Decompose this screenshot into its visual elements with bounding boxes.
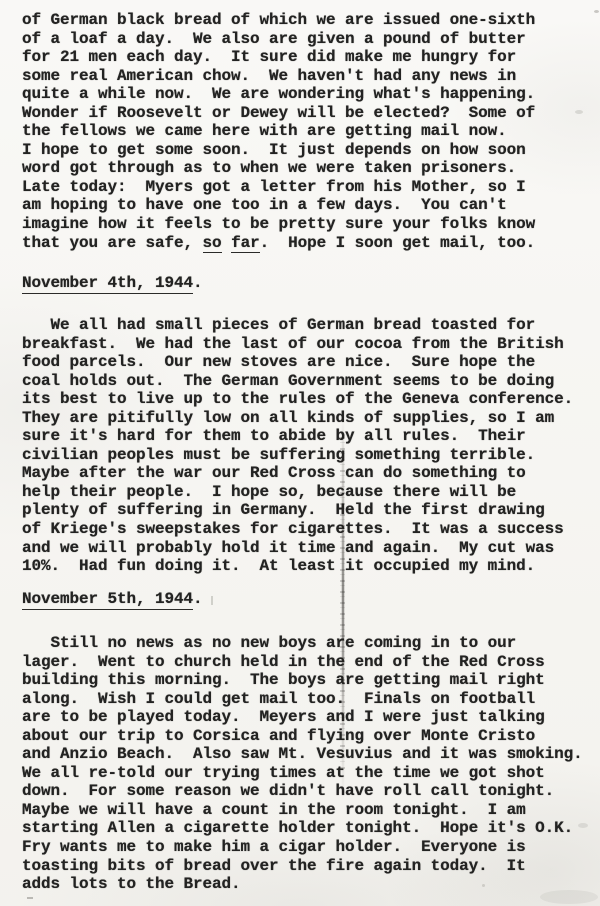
text-line: and we will probably hold it time and ag… (22, 539, 573, 558)
text-line: Wonder if Roosevelt or Dewey will be ele… (22, 104, 535, 123)
text-segment: the fellows we came here with are gettin… (22, 122, 507, 140)
text-segment: I hope to get some soon. It just depends… (22, 141, 526, 159)
text-line: sure it's hard for them to abide by all … (22, 427, 573, 446)
page-content: of German black bread of which we are is… (22, 0, 600, 906)
heading-line: November 5th, 1944. (22, 590, 203, 609)
text-line: I hope to get some soon. It just depends… (22, 141, 535, 160)
text-segment: They are pitifully low on all kinds of s… (22, 409, 554, 427)
underlined-text: November 5th, 1944 (22, 590, 193, 610)
diary-paragraph-continuation: of German black bread of which we are is… (22, 11, 535, 252)
date-heading-november-4: November 4th, 1944. (22, 274, 203, 293)
text-segment: are to be played today. Meyers and I wer… (22, 708, 545, 726)
text-line: of a loaf a day. We also are given a pou… (22, 30, 535, 49)
underlined-text: so (203, 234, 222, 254)
text-line: of German black bread of which we are is… (22, 11, 535, 30)
text-line: am hoping to have one too in a few days.… (22, 196, 535, 215)
text-line: are to be played today. Meyers and I wer… (22, 708, 583, 727)
text-segment: food parcels. Our new stoves are nice. S… (22, 353, 535, 371)
text-line: 10%. Had fun doing it. At least it occup… (22, 557, 573, 576)
text-segment: . (193, 274, 203, 292)
text-segment: Maybe after the war our Red Cross can do… (22, 464, 526, 482)
text-line: and Anzio Beach. Also saw Mt. Vesuvius a… (22, 745, 583, 764)
text-segment: starting Allen a cigarette holder tonigh… (22, 819, 573, 837)
scanned-diary-page: of German black bread of which we are is… (0, 0, 600, 906)
text-line: adds lots to the Bread. (22, 875, 583, 894)
text-segment: plenty of suffering in Germany. Held the… (22, 501, 545, 519)
diary-paragraph-november-4: We all had small pieces of German bread … (22, 316, 573, 576)
text-segment: am hoping to have one too in a few days.… (22, 196, 507, 214)
text-line: civilian peoples must be suffering somet… (22, 446, 573, 465)
text-line: Still no news as no new boys are coming … (22, 634, 583, 653)
text-line: lager. Went to church held in the end of… (22, 653, 583, 672)
text-line: building this morning. The boys are gett… (22, 671, 583, 690)
text-segment: Late today: Myers got a letter from his … (22, 178, 526, 196)
text-segment: We all re-told our trying times at the t… (22, 764, 545, 782)
text-line: imagine how it feels to be pretty sure y… (22, 215, 535, 234)
text-segment: breakfast. We had the last of our cocoa … (22, 335, 564, 353)
text-line: plenty of suffering in Germany. Held the… (22, 501, 573, 520)
text-segment: word got through as to when we were take… (22, 159, 516, 177)
text-line: about our trip to Corsica and flying ove… (22, 727, 583, 746)
text-segment: about our trip to Corsica and flying ove… (22, 727, 535, 745)
text-line: They are pitifully low on all kinds of s… (22, 409, 573, 428)
text-segment: 10%. Had fun doing it. At least it occup… (22, 557, 535, 575)
text-line: help their people. I hope so, because th… (22, 483, 573, 502)
text-segment: along. Wish I could get mail too. Finals… (22, 690, 535, 708)
text-segment: its best to live up to the rules of the … (22, 390, 573, 408)
text-segment: of a loaf a day. We also are given a pou… (22, 30, 526, 48)
text-line: food parcels. Our new stoves are nice. S… (22, 353, 573, 372)
text-segment: imagine how it feels to be pretty sure y… (22, 215, 535, 233)
text-line: Late today: Myers got a letter from his … (22, 178, 535, 197)
text-line: down. For some reason we didn't have rol… (22, 782, 583, 801)
text-segment: some real American chow. We haven't had … (22, 67, 516, 85)
text-segment: toasting bits of bread over the fire aga… (22, 857, 526, 875)
text-segment: down. For some reason we didn't have rol… (22, 782, 554, 800)
text-segment: . Hope I soon get mail, too. (260, 234, 536, 252)
text-segment: sure it's hard for them to abide by all … (22, 427, 526, 445)
diary-paragraph-november-5: Still no news as no new boys are coming … (22, 634, 583, 894)
text-segment: that you are safe, (22, 234, 203, 252)
text-segment: Still no news as no new boys are coming … (22, 634, 516, 652)
text-line: that you are safe, so far. Hope I soon g… (22, 234, 535, 253)
text-segment: Maybe we will have a count in the room t… (22, 801, 526, 819)
text-line: of Kriege's sweepstakes for cigarettes. … (22, 520, 573, 539)
text-line: coal holds out. The German Government se… (22, 372, 573, 391)
text-line: starting Allen a cigarette holder tonigh… (22, 819, 583, 838)
text-segment: and Anzio Beach. Also saw Mt. Vesuvius a… (22, 745, 583, 763)
text-segment: Fry wants me to make him a cigar holder.… (22, 838, 526, 856)
text-segment: lager. Went to church held in the end of… (22, 653, 545, 671)
date-heading-november-5: November 5th, 1944. (22, 590, 203, 609)
underlined-text: November 4th, 1944 (22, 274, 193, 294)
text-segment: quite a while now. We are wondering what… (22, 85, 535, 103)
text-line: quite a while now. We are wondering what… (22, 85, 535, 104)
text-line: Maybe after the war our Red Cross can do… (22, 464, 573, 483)
text-line: We all re-told our trying times at the t… (22, 764, 583, 783)
text-segment: . (193, 590, 203, 608)
underlined-text: far (231, 234, 260, 254)
text-segment: coal holds out. The German Government se… (22, 372, 554, 390)
text-line: toasting bits of bread over the fire aga… (22, 857, 583, 876)
text-line: Maybe we will have a count in the room t… (22, 801, 583, 820)
text-segment: of Kriege's sweepstakes for cigarettes. … (22, 520, 564, 538)
text-line: the fellows we came here with are gettin… (22, 122, 535, 141)
text-segment: and we will probably hold it time and ag… (22, 539, 554, 557)
text-segment: of German black bread of which we are is… (22, 11, 535, 29)
text-line: We all had small pieces of German bread … (22, 316, 573, 335)
text-segment: We all had small pieces of German bread … (22, 316, 535, 334)
heading-line: November 4th, 1944. (22, 274, 203, 293)
text-segment: building this morning. The boys are gett… (22, 671, 545, 689)
text-segment: adds lots to the Bread. (22, 875, 241, 893)
text-segment: help their people. I hope so, because th… (22, 483, 516, 501)
text-segment: civilian peoples must be suffering somet… (22, 446, 535, 464)
text-line: along. Wish I could get mail too. Finals… (22, 690, 583, 709)
text-segment: Wonder if Roosevelt or Dewey will be ele… (22, 104, 535, 122)
text-line: its best to live up to the rules of the … (22, 390, 573, 409)
text-segment (222, 234, 232, 252)
text-segment: for 21 men each day. It sure did make me… (22, 48, 516, 66)
text-line: breakfast. We had the last of our cocoa … (22, 335, 573, 354)
text-line: Fry wants me to make him a cigar holder.… (22, 838, 583, 857)
text-line: word got through as to when we were take… (22, 159, 535, 178)
text-line: some real American chow. We haven't had … (22, 67, 535, 86)
text-line: for 21 men each day. It sure did make me… (22, 48, 535, 67)
